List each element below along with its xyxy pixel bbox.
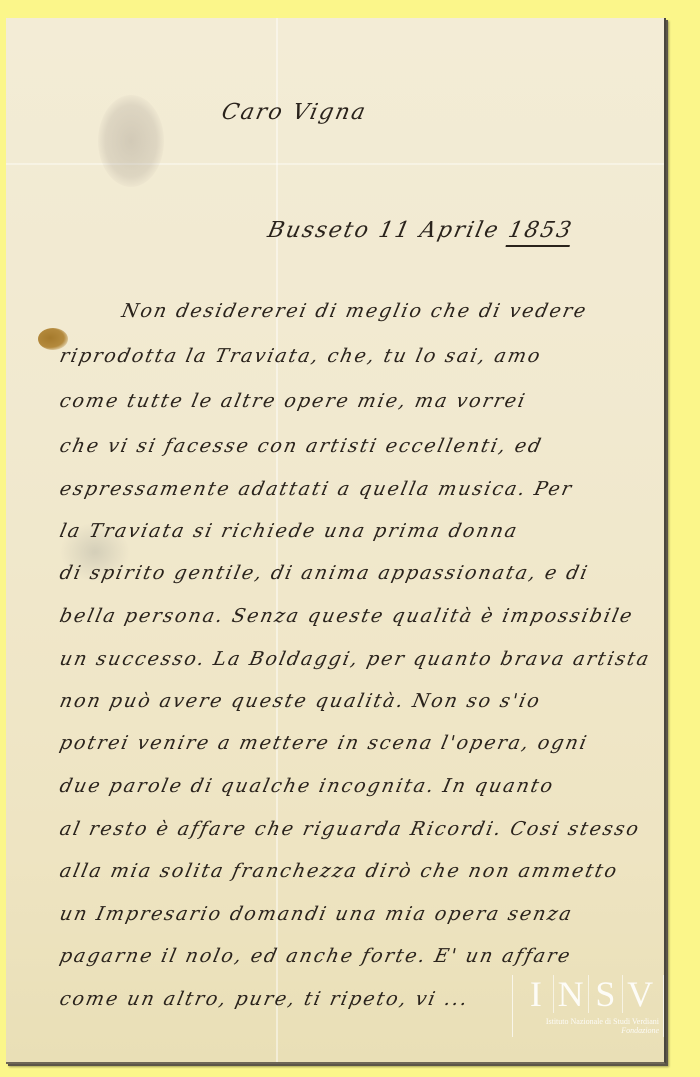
letter-date-year: 1853 [505, 218, 575, 247]
letter-line: un successo. La Boldaggi, per quanto bra… [58, 648, 653, 670]
letter-line: come tutte le altre opere mie, ma vorrei [58, 390, 529, 412]
letter-line: espressamente adattati a quella musica. … [58, 478, 576, 500]
letter-line: Non desidererei di meglio che di vedere [120, 300, 590, 322]
letter-line: come un altro, pure, ti ripeto, vi ... [58, 988, 471, 1010]
letter-line: la Traviata si richiede una prima donna [58, 520, 521, 542]
letter-line: di spirito gentile, di anima appassionat… [58, 562, 591, 584]
letter-line: due parole di qualche incognita. In quan… [58, 775, 557, 797]
letter-line: bella persona. Senza queste qualità è im… [58, 605, 636, 627]
letter-date-place: Busseto 11 Aprile [265, 218, 502, 243]
letter-line: potrei venire a mettere in scena l'opera… [58, 732, 591, 754]
letter-line: che vi si facesse con artisti eccellenti… [58, 435, 545, 457]
watermark-letter: N [554, 975, 589, 1013]
insv-watermark: I N S V Istituto Nazionale di Studi Verd… [512, 975, 664, 1037]
letter-line: un Impresario domandi una mia opera senz… [58, 903, 576, 925]
letter-line: pagarne il nolo, ed anche forte. E' un a… [58, 945, 574, 967]
letter-date: Busseto 11 Aprile 1853 [265, 218, 575, 243]
embossed-seal [98, 95, 164, 187]
watermark-institution: Istituto Nazionale di Studi Verdiani [513, 1017, 663, 1026]
watermark-letter: I [519, 975, 554, 1013]
letter-line: al resto è affare che riguarda Ricordi. … [58, 818, 643, 840]
watermark-letter: S [589, 975, 624, 1013]
letter-line: riprodotta la Traviata, che, tu lo sai, … [58, 345, 544, 367]
watermark-subtitle: Fondazione [513, 1026, 663, 1035]
letter-line: non può avere queste qualità. Non so s'i… [58, 690, 543, 712]
watermark-logo: I N S V [513, 975, 663, 1013]
letter-line: alla mia solita franchezza dirò che non … [58, 860, 621, 882]
letter-salutation: Caro Vigna [219, 100, 369, 125]
watermark-letter: V [623, 975, 657, 1013]
